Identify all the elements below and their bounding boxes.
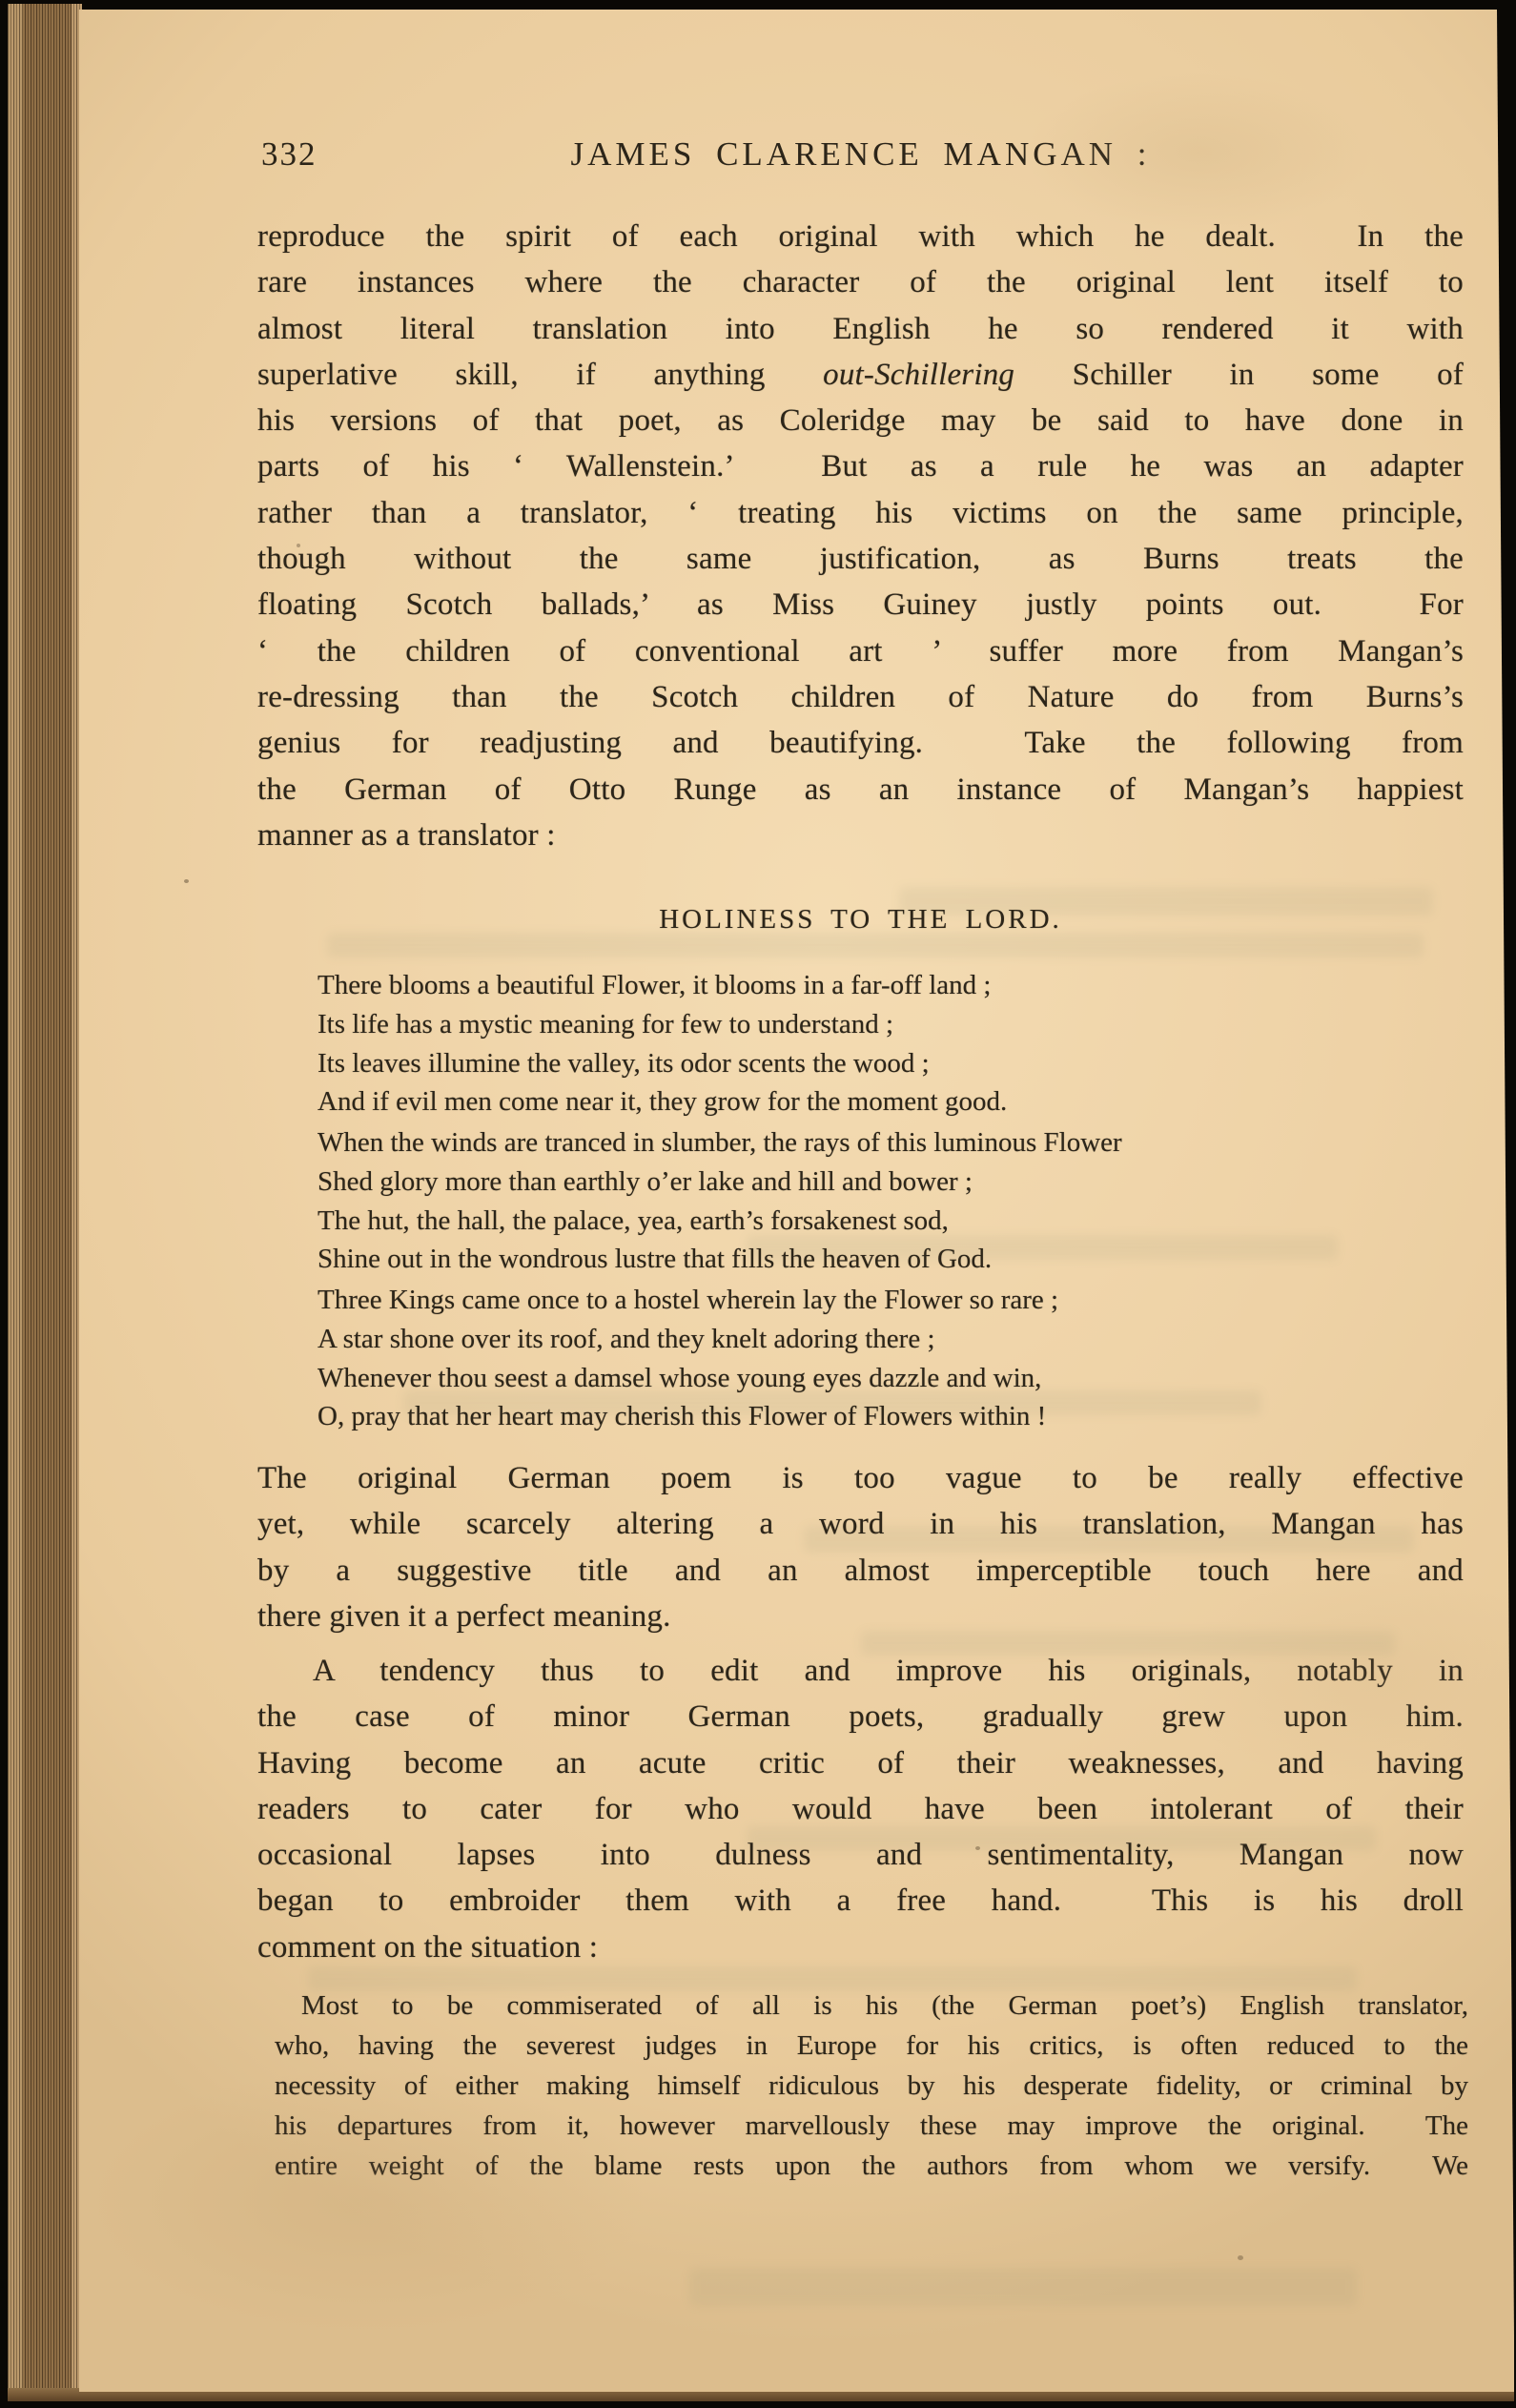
paragraph-lines: reproduce the spirit of each original wi… — [257, 214, 1464, 813]
text-line: rare instances where the character of th… — [257, 259, 1464, 305]
text-line: Most to be commiserated of all is his (t… — [275, 1986, 1468, 2026]
text-line: A tendency thus to edit and improve his … — [257, 1648, 1464, 1694]
text-line: Whenever thou seest a damsel whose young… — [318, 1359, 1490, 1398]
text-line: reproduce the spirit of each original wi… — [257, 214, 1464, 259]
text-line: O, pray that her heart may cherish this … — [318, 1397, 1490, 1436]
text-line: And if evil men come near it, they grow … — [318, 1082, 1490, 1122]
paragraph: The original German poem is too vague to… — [257, 1455, 1464, 1639]
text-line: began to embroider them with a free hand… — [257, 1878, 1464, 1924]
block-quote: Most to be commiserated of all is his (t… — [275, 1986, 1468, 2186]
book-page-edges — [8, 4, 82, 2398]
text-line: his departures from it, however marvello… — [275, 2106, 1468, 2146]
text-line: floating Scotch ballads,’ as Miss Guiney… — [257, 582, 1464, 628]
poem-stanza: Three Kings came once to a hostel wherei… — [318, 1281, 1490, 1436]
poem-stanza: There blooms a beautiful Flower, it bloo… — [318, 966, 1490, 1122]
running-title: JAMES CLARENCE MANGAN : — [257, 135, 1464, 174]
text-line: who, having the severest judges in Europ… — [275, 2026, 1468, 2066]
text-line: The original German poem is too vague to… — [257, 1455, 1464, 1501]
text-line: there given it a perfect meaning. — [257, 1594, 1464, 1639]
text-line: rather than a translator, ‘ treating his… — [257, 490, 1464, 536]
text-line: Its life has a mystic meaning for few to… — [318, 1005, 1490, 1044]
paragraph: reproduce the spirit of each original wi… — [257, 214, 1464, 858]
text-line: yet, while scarcely altering a word in h… — [257, 1501, 1464, 1547]
text-line: the case of minor German poets, graduall… — [257, 1694, 1464, 1739]
text-line: the German of Otto Runge as an instance … — [257, 767, 1464, 813]
ink-speck — [1238, 2255, 1243, 2260]
text-line: comment on the situation : — [257, 1924, 1464, 1970]
text-line: The hut, the hall, the palace, yea, eart… — [318, 1202, 1490, 1241]
text-line: Having become an acute critic of their w… — [257, 1740, 1464, 1786]
ink-speck — [184, 879, 189, 883]
paragraph: A tendency thus to edit and improve his … — [257, 1648, 1464, 1970]
text-line: There blooms a beautiful Flower, it bloo… — [318, 966, 1490, 1005]
text-line: readers to cater for who would have been… — [257, 1786, 1464, 1832]
text-line: entire weight of the blame rests upon th… — [275, 2146, 1468, 2186]
text-line: ‘ the children of conventional art ’ suf… — [257, 628, 1464, 674]
text-line: by a suggestive title and an almost impe… — [257, 1548, 1464, 1594]
scanned-book-photo: { "colors":{ "scan_black":"#0a0805", "pa… — [0, 0, 1516, 2408]
text-line: A star shone over its roof, and they kne… — [318, 1320, 1490, 1359]
text-line: superlative skill, if anything out-Schil… — [257, 352, 1464, 398]
text-line: re-dressing than the Scotch children of … — [257, 674, 1464, 720]
text-line: manner as a translator : — [257, 813, 1464, 858]
show-through-smudge — [689, 2268, 1357, 2306]
text-line: his versions of that poet, as Coleridge … — [257, 398, 1464, 443]
show-through-smudge — [327, 933, 1424, 957]
text-line: occasional lapses into dulness and senti… — [257, 1832, 1464, 1878]
stray-mark: ’ — [1505, 998, 1513, 1026]
text-line: though without the same justification, a… — [257, 536, 1464, 582]
text-line: Three Kings came once to a hostel wherei… — [318, 1281, 1490, 1320]
text-line: Shine out in the wondrous lustre that fi… — [318, 1240, 1490, 1279]
text-line: parts of his ‘ Wallenstein.’ But as a ru… — [257, 443, 1464, 489]
text-line: almost literal translation into English … — [257, 306, 1464, 352]
running-head: 332 JAMES CLARENCE MANGAN : — [257, 135, 1464, 185]
text-line: Shed glory more than earthly o’er lake a… — [318, 1163, 1490, 1202]
paragraph-lines: The original German poem is too vague to… — [257, 1455, 1464, 1594]
poem-stanza: When the winds are tranced in slumber, t… — [318, 1123, 1490, 1279]
text-line: necessity of either making himself ridic… — [275, 2066, 1468, 2106]
text-line: Its leaves illumine the valley, its odor… — [318, 1044, 1490, 1083]
text-line: genius for readjusting and beautifying. … — [257, 720, 1464, 766]
text-line: When the winds are tranced in slumber, t… — [318, 1123, 1490, 1163]
paragraph-lines: A tendency thus to edit and improve his … — [257, 1648, 1464, 1924]
poem-title: HOLINESS TO THE LORD. — [257, 904, 1464, 936]
book-page: 332 JAMES CLARENCE MANGAN : reproduce th… — [79, 10, 1514, 2392]
